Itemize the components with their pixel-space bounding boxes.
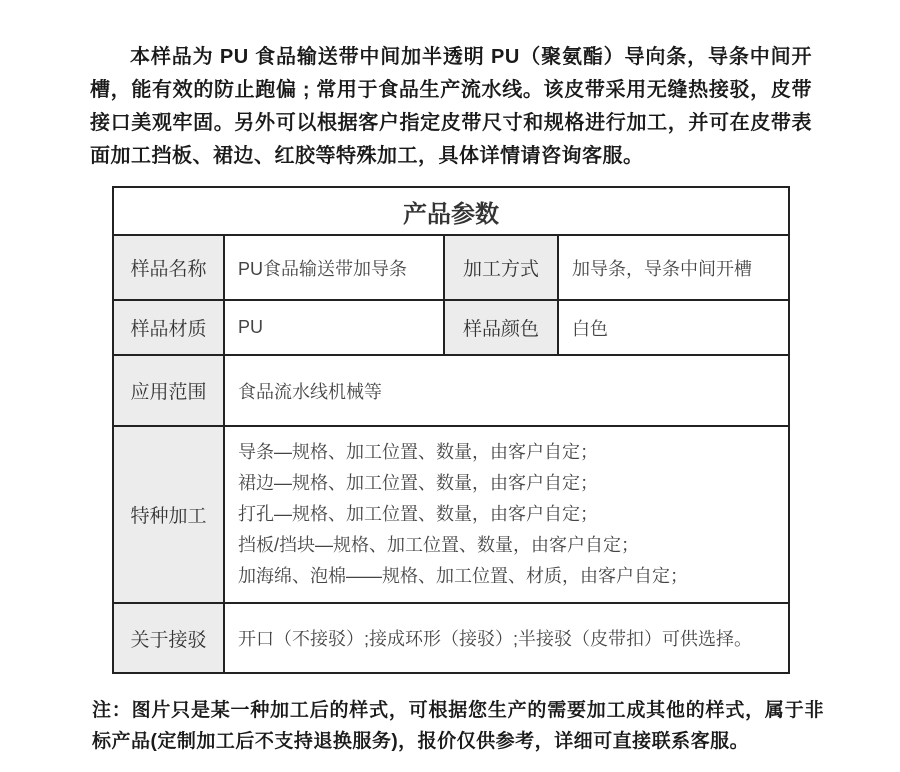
intro-paragraph: 本样品为 PU 食品输送带中间加半透明 PU（聚氨酯）导向条，导条中间开槽，能有… xyxy=(90,41,812,173)
param-label-sample-name: 样品名称 xyxy=(113,235,224,300)
note-paragraph: 注：图片只是某一种加工后的样式，可根据您生产的需要加工成其他的样式，属于非标产品… xyxy=(92,695,824,757)
table-row: 样品名称 PU食品输送带加导条 加工方式 加导条，导条中间开槽 xyxy=(113,235,789,300)
param-label-sample-color: 样品颜色 xyxy=(444,300,558,355)
param-label-application-range: 应用范围 xyxy=(113,355,224,426)
special-processing-line: 打孔—规格、加工位置、数量，由客户自定； xyxy=(238,499,787,530)
special-processing-line: 裙边—规格、加工位置、数量，由客户自定； xyxy=(238,468,787,499)
param-label-processing-method: 加工方式 xyxy=(444,235,558,300)
table-row: 特种加工 导条—规格、加工位置、数量，由客户自定； 裙边—规格、加工位置、数量，… xyxy=(113,426,789,603)
product-params-table: 产品参数 样品名称 PU食品输送带加导条 加工方式 加导条，导条中间开槽 样品材… xyxy=(112,186,790,674)
special-processing-line: 挡板/挡块—规格、加工位置、数量，由客户自定； xyxy=(238,530,787,561)
table-row: 关于接驳 开口（不接驳）;接成环形（接驳）;半接驳（皮带扣）可供选择。 xyxy=(113,603,789,673)
table-title: 产品参数 xyxy=(113,187,789,235)
param-value-processing-method: 加导条，导条中间开槽 xyxy=(558,235,789,300)
param-value-sample-material: PU xyxy=(224,300,444,355)
param-value-application-range: 食品流水线机械等 xyxy=(224,355,789,426)
param-value-sample-name: PU食品输送带加导条 xyxy=(224,235,444,300)
param-label-special-processing: 特种加工 xyxy=(113,426,224,603)
special-processing-line: 加海绵、泡棉——规格、加工位置、材质，由客户自定； xyxy=(238,561,787,592)
param-label-sample-material: 样品材质 xyxy=(113,300,224,355)
special-processing-line: 导条—规格、加工位置、数量，由客户自定； xyxy=(238,437,787,468)
param-value-sample-color: 白色 xyxy=(558,300,789,355)
table-title-row: 产品参数 xyxy=(113,187,789,235)
param-value-special-processing: 导条—规格、加工位置、数量，由客户自定； 裙边—规格、加工位置、数量，由客户自定… xyxy=(224,426,789,603)
param-label-splicing: 关于接驳 xyxy=(113,603,224,673)
param-value-splicing: 开口（不接驳）;接成环形（接驳）;半接驳（皮带扣）可供选择。 xyxy=(224,603,789,673)
table-row: 应用范围 食品流水线机械等 xyxy=(113,355,789,426)
table-row: 样品材质 PU 样品颜色 白色 xyxy=(113,300,789,355)
